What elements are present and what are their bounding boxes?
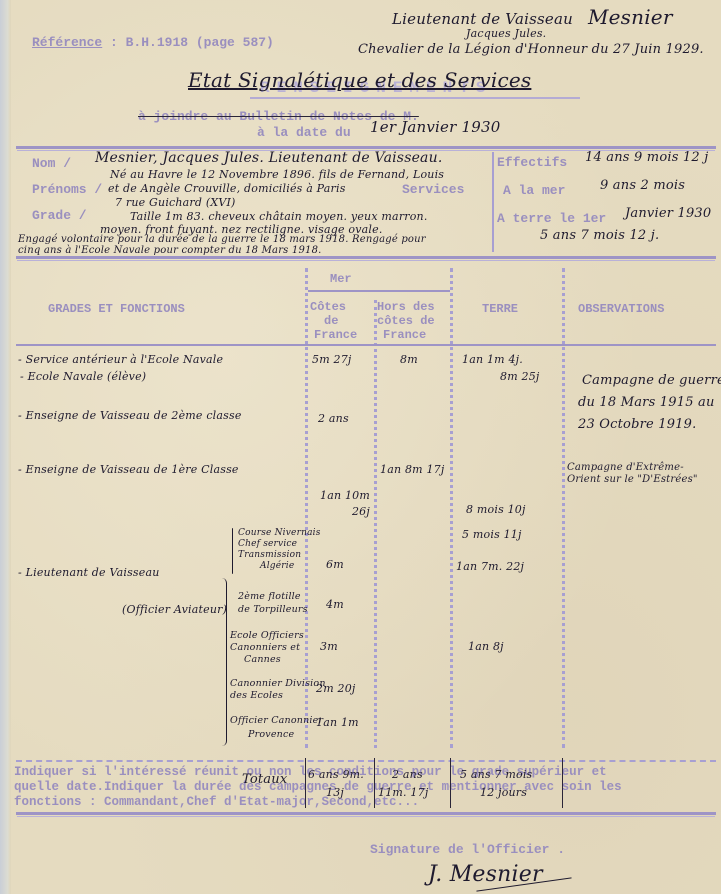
detail-1-label: Course Nivernais Chef service Transmissi… bbox=[238, 528, 321, 572]
detail-1-cotes: 6m bbox=[326, 558, 344, 571]
identity-line-4: 7 rue Guichard (XVI) bbox=[115, 196, 236, 209]
terre-value: 5 ans 7 mois 12 j. bbox=[540, 228, 659, 243]
label-services: Services bbox=[402, 182, 464, 197]
brace-lower bbox=[222, 578, 227, 746]
header-terre: TERRE bbox=[482, 302, 518, 316]
identity-bottom-rule bbox=[16, 256, 716, 259]
col-sep-2 bbox=[374, 300, 377, 748]
observation-2: Campagne d'Extrême- Orient sur le "D'Est… bbox=[567, 462, 698, 486]
header-hors-3: France bbox=[383, 328, 426, 342]
col-sep-4 bbox=[562, 268, 565, 748]
effectifs-value: 14 ans 9 mois 12 j bbox=[585, 150, 708, 165]
row-3-fonction: - Enseigne de Vaisseau de 2ème classe bbox=[18, 409, 242, 422]
detail-3-terre: 1an 8j bbox=[468, 640, 504, 653]
row-5-sub: (Officier Aviateur) bbox=[122, 603, 227, 616]
header-observations: OBSERVATIONS bbox=[578, 302, 664, 316]
signature-label: Signature de l'Officier . bbox=[370, 842, 565, 857]
detail-2-label: 2ème flotille de Torpilleurs bbox=[238, 590, 308, 616]
effectifs-label: Effectifs bbox=[497, 155, 567, 170]
totals-hors: 2 ans 11m. 17j bbox=[378, 766, 428, 802]
terre-date: Janvier 1930 bbox=[625, 206, 711, 221]
header-hors-2: côtes de bbox=[377, 314, 435, 328]
surname: Mesnier bbox=[588, 5, 673, 29]
reference: Référence : B.H.1918 (page 587) bbox=[32, 35, 274, 50]
header-hors-1: Hors des bbox=[377, 300, 435, 314]
totals-label: Totaux bbox=[242, 772, 287, 787]
row-4-hors: 1an 8m 17j bbox=[380, 463, 444, 476]
col-sep-3 bbox=[450, 268, 453, 748]
observation-1: Campagne de guerre du 18 Mars 1915 au 23… bbox=[578, 370, 721, 436]
given-names: Jacques Jules. bbox=[466, 27, 546, 40]
mer-underline bbox=[308, 290, 450, 292]
row-1-hors: 8m bbox=[400, 353, 418, 366]
footer-top-rule bbox=[16, 760, 716, 764]
row-5-fonction: - Lieutenant de Vaisseau bbox=[18, 566, 160, 579]
identity-line-1: Mesnier, Jacques Jules. Lieutenant de Va… bbox=[95, 150, 442, 166]
footer-bottom-rule bbox=[16, 812, 716, 815]
row-1-cotes: 5m 27j bbox=[312, 353, 352, 366]
header-cotes-3: France bbox=[314, 328, 357, 342]
label-nom: Nom / bbox=[32, 156, 71, 171]
totals-sep-4 bbox=[562, 758, 563, 808]
rank: Lieutenant de Vaisseau bbox=[392, 10, 573, 28]
title-underline bbox=[250, 97, 580, 99]
identity-line-2: Né au Havre le 12 Novembre 1896. fils de… bbox=[110, 168, 444, 181]
header-mer: Mer bbox=[330, 272, 352, 286]
totals-sep-1 bbox=[305, 758, 306, 808]
row-1-terre: 1an 1m 4j. bbox=[462, 353, 523, 366]
label-prenoms: Prénoms / bbox=[32, 182, 102, 197]
identity-line-7: Engagé volontaire pour la durée de la gu… bbox=[18, 234, 426, 245]
terre-label: A terre le 1er bbox=[497, 211, 606, 226]
identity-line-5: Taille 1m 83. cheveux châtain moyen. yeu… bbox=[130, 210, 428, 223]
label-grade: Grade / bbox=[32, 208, 87, 223]
detail-4-cotes: 2m 20j bbox=[316, 682, 356, 695]
reference-label: Référence bbox=[32, 35, 102, 50]
rank-line: Lieutenant de Vaisseau Mesnier bbox=[392, 5, 673, 29]
header-grades: GRADES ET FONCTIONS bbox=[48, 302, 185, 316]
handwritten-title: Etat Signalétique et des Services bbox=[188, 68, 531, 92]
date-value: 1er Janvier 1930 bbox=[370, 118, 500, 136]
header-cotes-1: Côtes bbox=[310, 300, 346, 314]
totals-terre: 5 ans 7 mois 12 jours bbox=[460, 766, 532, 802]
identity-line-3: et de Angèle Crouville, domiciliés à Par… bbox=[108, 182, 346, 195]
mer-label: A la mer bbox=[503, 183, 565, 198]
row-1-fonction: - Service antérieur à l'Ecole Navale bbox=[18, 353, 223, 366]
identity-line-8: cinq ans à l'Ecole Navale pour compter d… bbox=[18, 245, 322, 256]
detail-3-cotes: 3m bbox=[320, 640, 338, 653]
totals-sep-3 bbox=[450, 758, 451, 808]
detail-5-label: Officier Canonnier Provence bbox=[230, 714, 323, 742]
totals-sep-2 bbox=[374, 758, 375, 808]
row-4-cotes: 1an 10m 26j bbox=[310, 488, 370, 520]
summary-bracket bbox=[492, 152, 494, 252]
brace-upper bbox=[232, 528, 233, 574]
row-4-fonction: - Enseigne de Vaisseau de 1ère Classe bbox=[18, 463, 239, 476]
row-4-terre: 8 mois 10j bbox=[466, 503, 526, 516]
detail-2-cotes: 4m bbox=[326, 598, 344, 611]
row-3-cotes: 2 ans bbox=[318, 412, 349, 425]
reference-value: : B.H.1918 (page 587) bbox=[110, 35, 274, 50]
col-sep-1 bbox=[305, 268, 308, 748]
header-cotes-2: de bbox=[324, 314, 338, 328]
detail-4-label: Canonnier Division des Ecoles bbox=[230, 678, 326, 702]
detail-3-label: Ecole Officiers Canonniers et Cannes bbox=[230, 630, 304, 666]
top-rule bbox=[16, 146, 716, 149]
row-2-terre: 8m 25j bbox=[500, 370, 540, 383]
totals-cotes: 6 ans 9m. 13j bbox=[308, 766, 364, 802]
detail-1-terre-top: 5 mois 11j bbox=[462, 528, 522, 541]
scan-edge bbox=[0, 0, 11, 894]
detail-5-cotes: 1an 1m bbox=[316, 716, 359, 729]
honour: Chevalier de la Légion d'Honneur du 27 J… bbox=[358, 42, 704, 57]
header-bottom-rule bbox=[16, 344, 716, 346]
mer-value: 9 ans 2 mois bbox=[600, 178, 685, 193]
row-2-fonction: - Ecole Navale (élève) bbox=[20, 370, 146, 383]
detail-1-terre: 1an 7m. 22j bbox=[456, 560, 524, 573]
date-prefix: à la date du bbox=[257, 125, 351, 140]
